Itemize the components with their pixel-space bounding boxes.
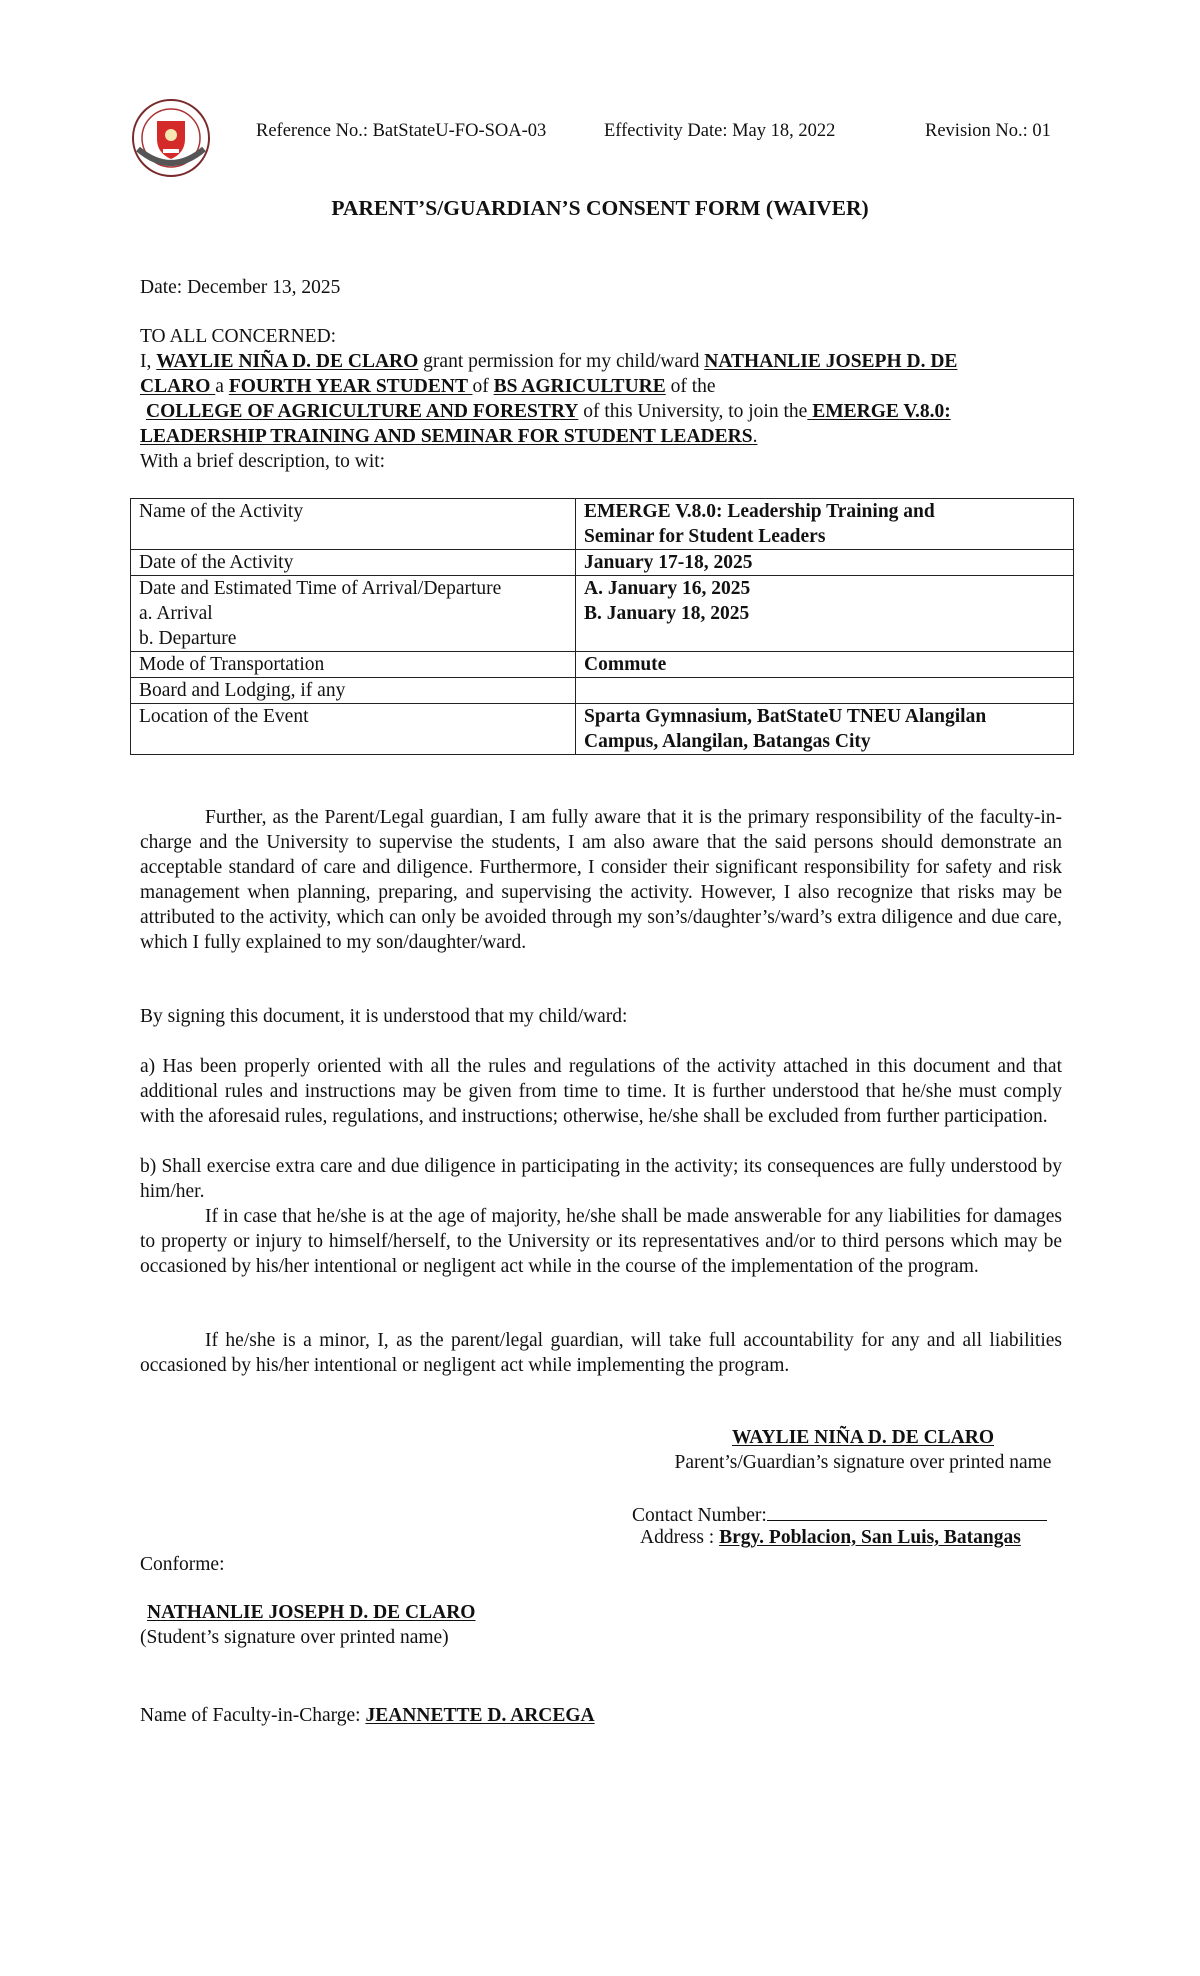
intro-text: . bbox=[753, 426, 758, 447]
paragraph-majority: If in case that he/she is at the age of … bbox=[140, 1204, 1062, 1279]
label-line: b. Departure bbox=[139, 626, 567, 651]
guardian-signature-name: WAYLIE NIÑA D. DE CLARO bbox=[630, 1425, 1096, 1450]
table-cell-value bbox=[576, 678, 1074, 704]
table-cell-value: January 17-18, 2025 bbox=[576, 550, 1074, 576]
activity-details-table: Name of the ActivityEMERGE V.8.0: Leader… bbox=[130, 498, 1074, 755]
intro-text: a bbox=[215, 376, 229, 397]
student-signature-name: NATHANLIE JOSEPH D. DE CLARO bbox=[147, 1600, 475, 1625]
label-line: Date and Estimated Time of Arrival/Depar… bbox=[139, 576, 567, 601]
intro-text: of bbox=[472, 376, 493, 397]
page-title: PARENT’S/GUARDIAN’S CONSENT FORM (WAIVER… bbox=[0, 196, 1200, 221]
faculty-label: Name of Faculty-in-Charge: bbox=[140, 1705, 365, 1726]
contact-number-field: Contact Number: bbox=[632, 1500, 1047, 1528]
table-cell-label: Date of the Activity bbox=[131, 550, 576, 576]
label-line: Board and Lodging, if any bbox=[139, 678, 567, 703]
date-line: Date: December 13, 2025 bbox=[140, 275, 340, 300]
table-row: Board and Lodging, if any bbox=[131, 678, 1074, 704]
contact-number-blank bbox=[767, 1500, 1047, 1521]
label-line: Mode of Transportation bbox=[139, 652, 567, 677]
guardian-signature-block: WAYLIE NIÑA D. DE CLARO Parent’s/Guardia… bbox=[630, 1425, 1096, 1475]
university-seal-icon bbox=[130, 97, 212, 179]
table-row: Location of the EventSparta Gymnasium, B… bbox=[131, 704, 1074, 755]
student-name-cont: CLARO bbox=[140, 376, 215, 397]
table-cell-label: Board and Lodging, if any bbox=[131, 678, 576, 704]
value-line: EMERGE V.8.0: Leadership Training and bbox=[584, 499, 1065, 524]
table-cell-label: Name of the Activity bbox=[131, 499, 576, 550]
event-name-cont: LEADERSHIP TRAINING AND SEMINAR FOR STUD… bbox=[140, 426, 753, 447]
table-cell-value: Commute bbox=[576, 652, 1074, 678]
intro-line-2: CLARO a FOURTH YEAR STUDENT of BS AGRICU… bbox=[140, 374, 716, 399]
effectivity-date: Effectivity Date: May 18, 2022 bbox=[604, 121, 835, 142]
intro-text: grant permission for my child/ward bbox=[418, 351, 704, 372]
table-cell-label: Mode of Transportation bbox=[131, 652, 576, 678]
conforme-label: Conforme: bbox=[140, 1552, 224, 1577]
reference-number: Reference No.: BatStateU-FO-SOA-03 bbox=[256, 121, 546, 142]
value-line: Commute bbox=[584, 652, 1065, 677]
table-row: Date and Estimated Time of Arrival/Depar… bbox=[131, 576, 1074, 652]
table-cell-label: Location of the Event bbox=[131, 704, 576, 755]
intro-text: I, bbox=[140, 351, 156, 372]
paragraph-further: Further, as the Parent/Legal guardian, I… bbox=[140, 805, 1062, 955]
label-line: Location of the Event bbox=[139, 704, 567, 729]
table-cell-value: Sparta Gymnasium, BatStateU TNEU Alangil… bbox=[576, 704, 1074, 755]
salutation: TO ALL CONCERNED: bbox=[140, 324, 336, 349]
faculty-name: JEANNETTE D. ARCEGA bbox=[365, 1705, 594, 1726]
student-signature-caption: (Student’s signature over printed name) bbox=[140, 1625, 449, 1650]
faculty-in-charge: Name of Faculty-in-Charge: JEANNETTE D. … bbox=[140, 1703, 595, 1728]
value-line: January 17-18, 2025 bbox=[584, 550, 1065, 575]
item-a: a) Has been properly oriented with all t… bbox=[140, 1054, 1062, 1129]
contact-number-label: Contact Number: bbox=[632, 1505, 767, 1526]
paragraph-minor: If he/she is a minor, I, as the parent/l… bbox=[140, 1328, 1062, 1378]
intro-text: of this University, to join the bbox=[578, 401, 807, 422]
address-field: Address : Brgy. Poblacion, San Luis, Bat… bbox=[640, 1525, 1021, 1550]
value-line: A. January 16, 2025 bbox=[584, 576, 1065, 601]
intro-line-3: COLLEGE OF AGRICULTURE AND FORESTRY of t… bbox=[146, 399, 951, 424]
item-b: b) Shall exercise extra care and due dil… bbox=[140, 1154, 1062, 1204]
brief-description-label: With a brief description, to wit: bbox=[140, 449, 385, 474]
intro-text: of the bbox=[666, 376, 716, 397]
address-value: Brgy. Poblacion, San Luis, Batangas bbox=[719, 1527, 1021, 1548]
intro-line-1: I, WAYLIE NIÑA D. DE CLARO grant permiss… bbox=[140, 349, 957, 374]
value-line: Sparta Gymnasium, BatStateU TNEU Alangil… bbox=[584, 704, 1065, 729]
table-row: Name of the ActivityEMERGE V.8.0: Leader… bbox=[131, 499, 1074, 550]
event-name: EMERGE V.8.0: bbox=[807, 401, 950, 422]
revision-number: Revision No.: 01 bbox=[925, 121, 1051, 142]
value-line: B. January 18, 2025 bbox=[584, 601, 1065, 626]
table-cell-value: EMERGE V.8.0: Leadership Training andSem… bbox=[576, 499, 1074, 550]
label-line: Name of the Activity bbox=[139, 499, 567, 524]
guardian-name: WAYLIE NIÑA D. DE CLARO bbox=[156, 351, 418, 372]
year-level: FOURTH YEAR STUDENT bbox=[229, 376, 473, 397]
guardian-signature-caption: Parent’s/Guardian’s signature over print… bbox=[630, 1450, 1096, 1475]
student-name: NATHANLIE JOSEPH D. DE bbox=[704, 351, 957, 372]
program: BS AGRICULTURE bbox=[494, 376, 666, 397]
value-line bbox=[584, 678, 1065, 703]
paragraph-by-signing: By signing this document, it is understo… bbox=[140, 1004, 1062, 1029]
table-row: Date of the ActivityJanuary 17-18, 2025 bbox=[131, 550, 1074, 576]
table-cell-label: Date and Estimated Time of Arrival/Depar… bbox=[131, 576, 576, 652]
value-line: Seminar for Student Leaders bbox=[584, 524, 1065, 549]
intro-line-4: LEADERSHIP TRAINING AND SEMINAR FOR STUD… bbox=[140, 424, 757, 449]
label-line: Date of the Activity bbox=[139, 550, 567, 575]
table-cell-value: A. January 16, 2025B. January 18, 2025 bbox=[576, 576, 1074, 652]
value-line: Campus, Alangilan, Batangas City bbox=[584, 729, 1065, 754]
table-row: Mode of TransportationCommute bbox=[131, 652, 1074, 678]
college: COLLEGE OF AGRICULTURE AND FORESTRY bbox=[146, 401, 578, 422]
label-line: a. Arrival bbox=[139, 601, 567, 626]
address-label: Address : bbox=[640, 1527, 719, 1548]
